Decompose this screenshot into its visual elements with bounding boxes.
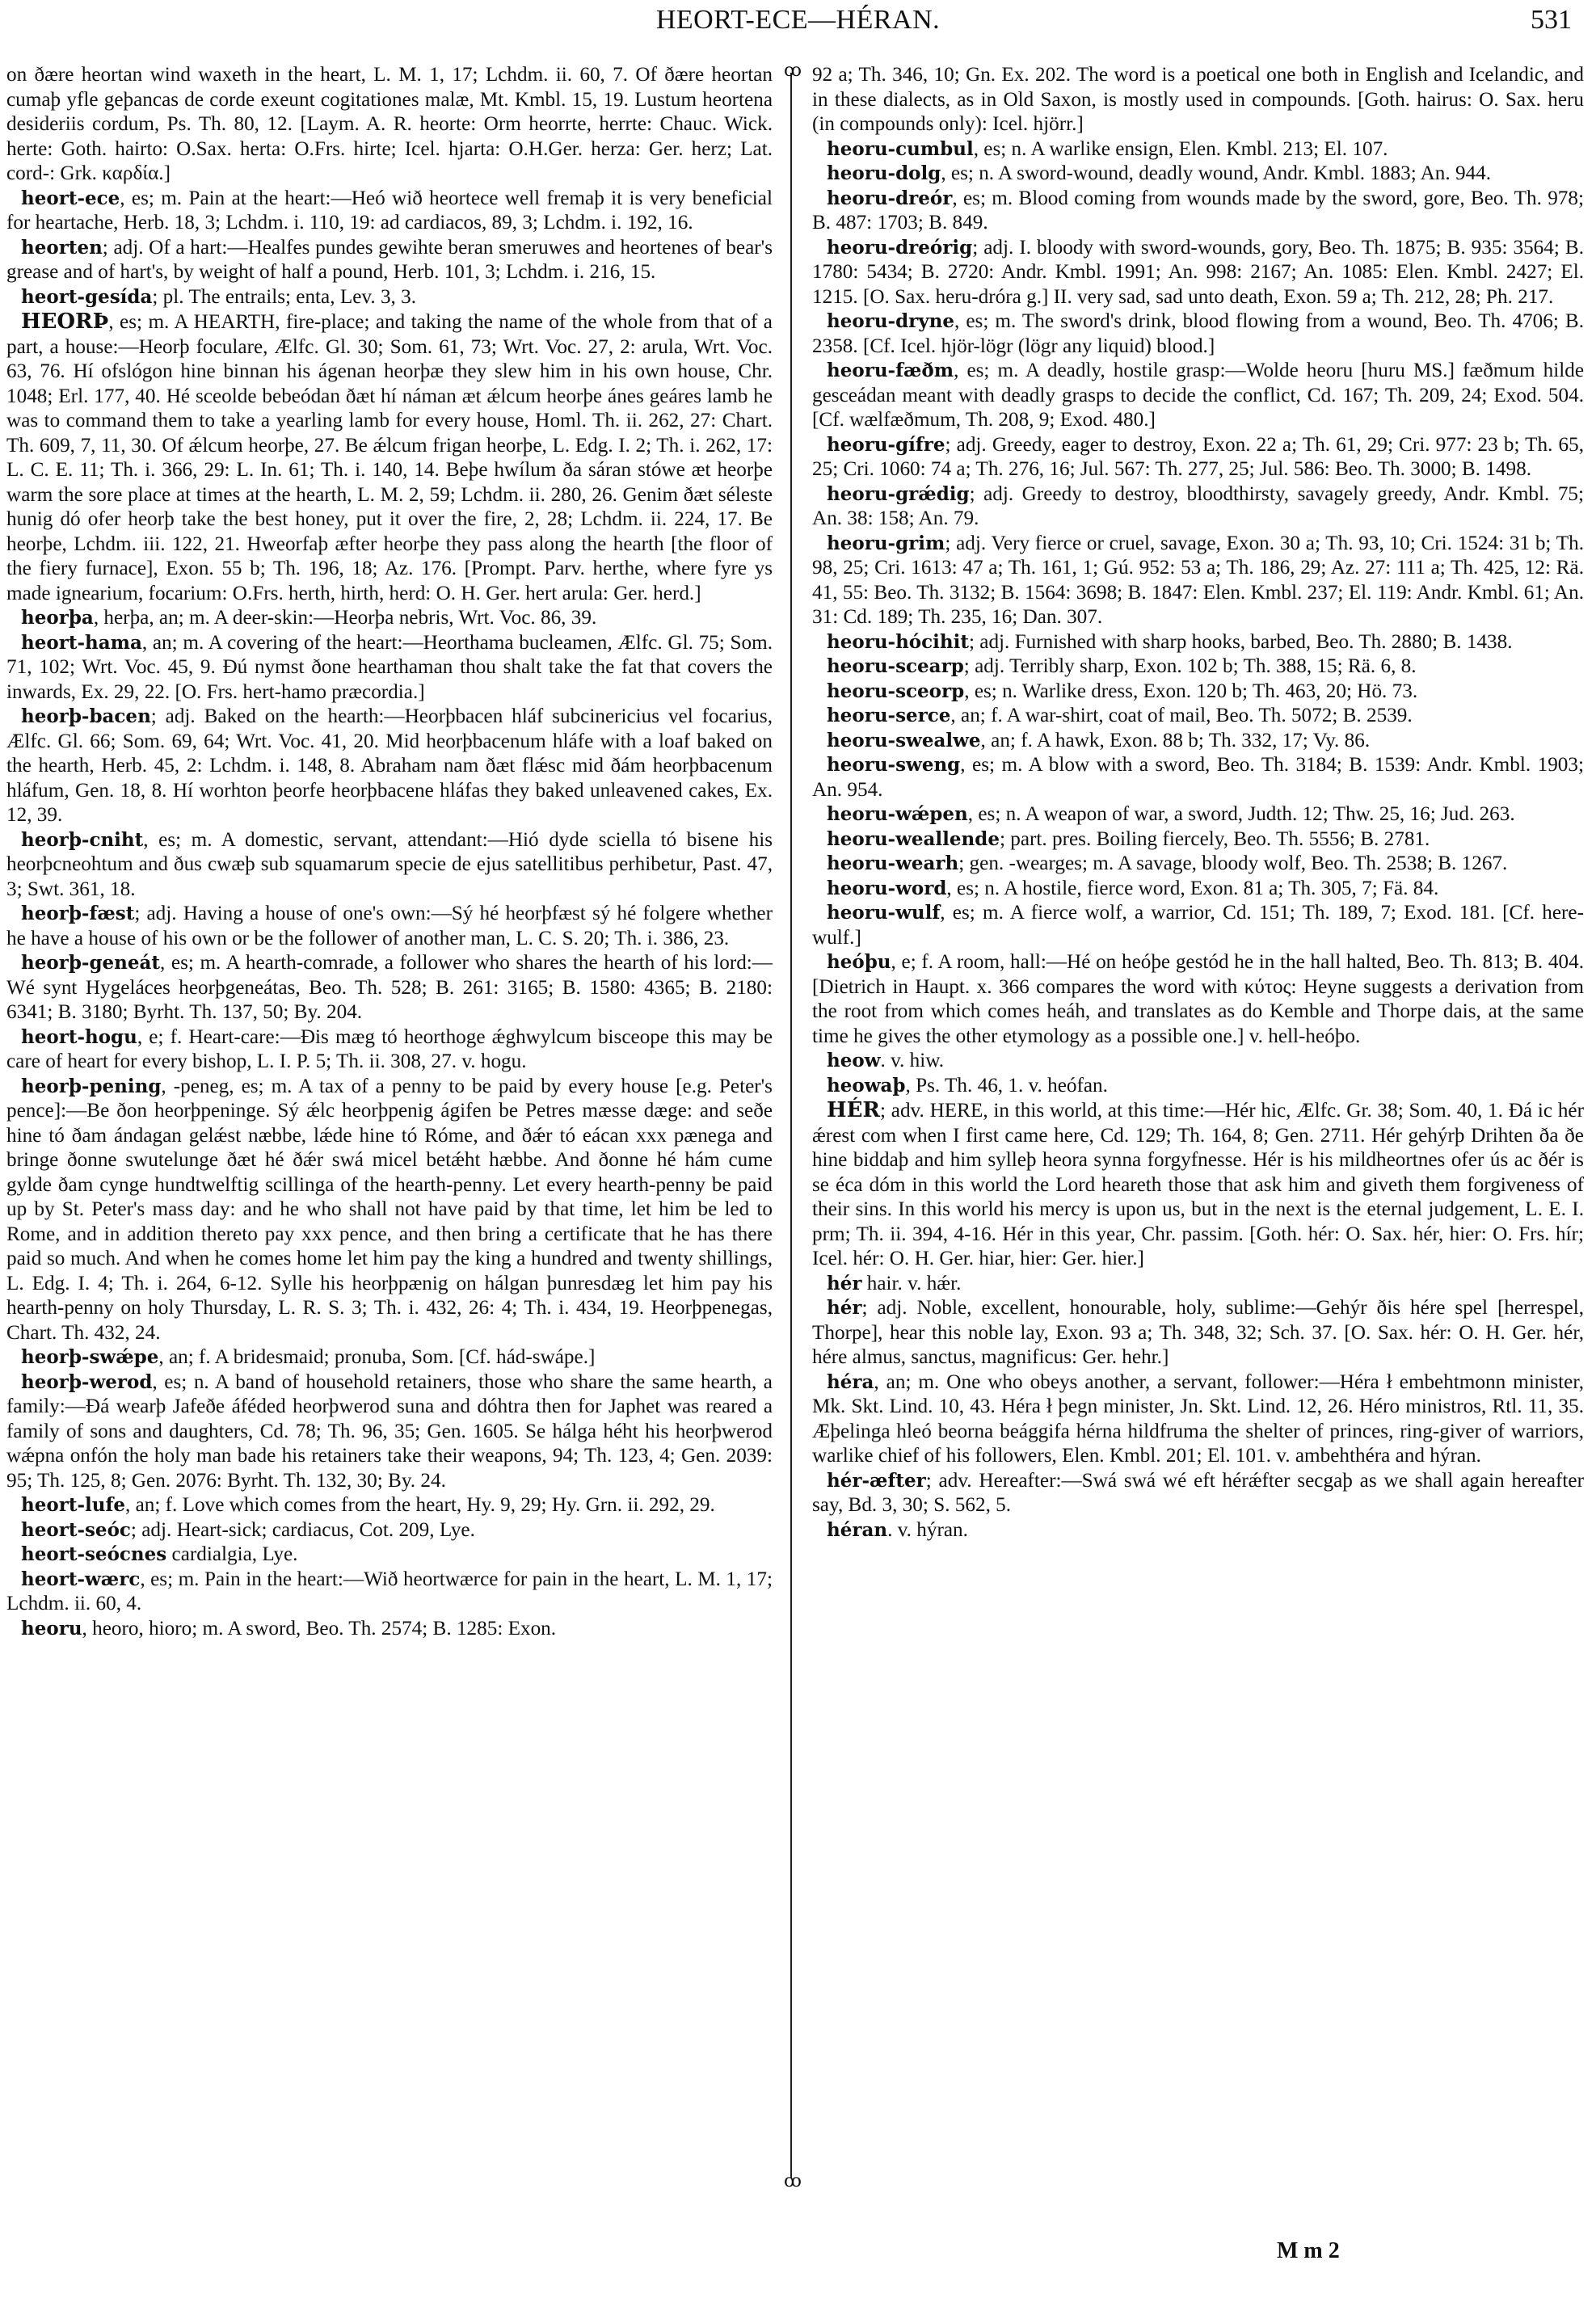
dictionary-entry: HEORÞ, es; m. A HEARTH, fire-place; and …: [6, 309, 773, 606]
dictionary-entry: heorþa, herþa, an; m. A deer-skin:—Heorþ…: [6, 606, 773, 631]
dictionary-entry: heoru, heoro, hioro; m. A sword, Beo. Th…: [6, 1617, 773, 1642]
entry-headword: heoru: [21, 1618, 82, 1640]
entry-headword: heoru-fæðm: [827, 360, 954, 381]
right-column: 92 a; Th. 346, 10; Gn. Ex. 202. The word…: [812, 63, 1584, 1543]
entry-body: , an; f. A hawk, Exon. 88 b; Th. 332, 17…: [981, 730, 1371, 751]
entry-body: , an; f. Love which comes from the heart…: [125, 1494, 715, 1516]
entry-headword: heorþ-werod: [21, 1371, 152, 1393]
entry-headword: heoru-sceorp: [827, 680, 964, 702]
entry-headword: heoru-scearp: [827, 655, 964, 677]
page-header: HEORT-ECE—HÉRAN. 531: [0, 0, 1596, 48]
dictionary-entry: héra, an; m. One who obeys another, a se…: [812, 1370, 1584, 1469]
entry-headword: heoru-weallende: [827, 828, 1000, 850]
dictionary-entry: hér; adj. Noble, excellent, honourable, …: [812, 1296, 1584, 1370]
dictionary-entry: heoru-cumbul, es; n. A warlike ensign, E…: [812, 137, 1584, 162]
entry-headword: heoru-serce: [827, 705, 950, 726]
dictionary-entry: heort-ece, es; m. Pain at the heart:—Heó…: [6, 187, 773, 236]
entry-headword: heorþ-pening: [21, 1076, 161, 1097]
dictionary-entry: hér-æfter; adv. Hereafter:—Swá swá wé ef…: [812, 1469, 1584, 1518]
entry-body: , an; m. One who obeys another, a servan…: [812, 1371, 1584, 1467]
entry-headword: heoru-gífre: [827, 434, 945, 456]
dictionary-entry: heort-hogu, e; f. Heart-care:—Ðis mæg tó…: [6, 1025, 773, 1075]
dictionary-entry: heorþ-bacen; adj. Baked on the hearth:—H…: [6, 705, 773, 828]
entry-headword: hér-æfter: [827, 1470, 926, 1492]
entry-body: , an; f. A bridesmaid; pronuba, Som. [Cf…: [158, 1346, 595, 1368]
dictionary-entry: heoru-swealwe, an; f. A hawk, Exon. 88 b…: [812, 729, 1584, 754]
entry-headword: heoru-grim: [827, 532, 945, 554]
entry-headword: heort-hama: [21, 632, 142, 654]
dictionary-entry: heoru-wearh; gen. -wearges; m. A savage,…: [812, 852, 1584, 877]
dictionary-entry: heowaþ, Ps. Th. 46, 1. v. heófan.: [812, 1074, 1584, 1099]
dictionary-entry: heoru-gífre; adj. Greedy, eager to destr…: [812, 433, 1584, 482]
dictionary-entry: heoru-wulf, es; m. A fierce wolf, a warr…: [812, 901, 1584, 950]
dictionary-entry: heoru-dryne, es; m. The sword's drink, b…: [812, 309, 1584, 359]
dictionary-entry: heort-hama, an; m. A covering of the hea…: [6, 631, 773, 705]
entry-headword: heorþ-geneát: [21, 952, 160, 974]
dictionary-entry: heorþ-fæst; adj. Having a house of one's…: [6, 902, 773, 951]
entry-headword: héran: [827, 1519, 887, 1541]
dictionary-entry: heoru-fæðm, es; m. A deadly, hostile gra…: [812, 359, 1584, 433]
dictionary-entry: heoru-weallende; part. pres. Boiling fie…: [812, 827, 1584, 852]
entry-headword: heoru-dolg: [827, 162, 941, 184]
entry-body: , es; n. A weapon of war, a sword, Judth…: [968, 803, 1515, 825]
page-number: 531: [1531, 5, 1572, 36]
dictionary-entry: heort-wærc, es; m. Pain in the heart:—Wi…: [6, 1568, 773, 1617]
entry-headword: heort-seóc: [21, 1519, 131, 1541]
entry-headword: heoru-hócihit: [827, 631, 969, 653]
dictionary-entry: heow. v. hiw.: [812, 1049, 1584, 1074]
entry-headword: heowaþ: [827, 1075, 905, 1097]
entry-headword: heóþu: [827, 951, 891, 973]
entry-body: , herþa, an; m. A deer-skin:—Heorþa nebr…: [94, 607, 596, 629]
dictionary-entry: heoru-sceorp, es; n. Warlike dress, Exon…: [812, 680, 1584, 705]
entry-body: , es; m. A HEARTH, fire-place; and takin…: [6, 311, 773, 604]
entry-body: ; adv. Hereafter:—Swá swá wé eft hérǽfte…: [812, 1470, 1584, 1517]
dictionary-entry: on ðære heortan wind waxeth in the heart…: [6, 63, 773, 187]
entry-headword: heoru-grǽdig: [827, 483, 970, 505]
entry-body: 92 a; Th. 346, 10; Gn. Ex. 202. The word…: [812, 64, 1584, 135]
dictionary-entry: heoru-word, es; n. A hostile, fierce wor…: [812, 877, 1584, 902]
entry-headword: heort-wærc: [21, 1568, 140, 1590]
entry-headword: heoru-swealwe: [827, 730, 981, 751]
entry-headword: heoru-wǽpen: [827, 803, 968, 825]
dictionary-entry: heorþ-werod, es; n. A band of household …: [6, 1370, 773, 1494]
entry-body: ; gen. -wearges; m. A savage, bloody wol…: [958, 852, 1507, 874]
entry-headword: heorþ-fæst: [21, 903, 134, 924]
entry-body: ; adj. Terribly sharp, Exon. 102 b; Th. …: [964, 655, 1417, 677]
entry-body: , e; f. A room, hall:—Hé on heóþe gestód…: [812, 951, 1584, 1047]
entry-body: , Ps. Th. 46, 1. v. heófan.: [905, 1075, 1107, 1097]
dictionary-entry: heoru-dreórig; adj. I. bloody with sword…: [812, 236, 1584, 310]
rule-knot-icon: ꝏ: [784, 2174, 798, 2188]
entry-body: ; adj. Furnished with sharp hooks, barbe…: [969, 631, 1513, 653]
entry-headword: heorþa: [21, 607, 94, 629]
entry-headword: hér: [827, 1297, 861, 1319]
dictionary-entry: heoru-dolg, es; n. A sword-wound, deadly…: [812, 162, 1584, 187]
dictionary-entry: heoru-grǽdig; adj. Greedy to destroy, bl…: [812, 482, 1584, 532]
entry-body: ; adj. Heart-sick; cardiacus, Cot. 209, …: [131, 1519, 475, 1541]
entry-headword: heorþ-bacen: [21, 705, 151, 727]
entry-body: ; part. pres. Boiling fiercely, Beo. Th.…: [1000, 828, 1430, 850]
dictionary-entry: heorþ-pening, -peneg, es; m. A tax of a …: [6, 1075, 773, 1346]
entry-headword: heorþ-swǽpe: [21, 1346, 158, 1368]
dictionary-entry: heorten; adj. Of a hart:—Healfes pundes …: [6, 236, 773, 285]
entry-headword: héra: [827, 1371, 874, 1393]
entry-headword: heort-ece: [21, 187, 120, 209]
entry-headword: heort-hogu: [21, 1026, 137, 1048]
entry-headword: heort-gesída: [21, 286, 152, 308]
entry-body: , heoro, hioro; m. A sword, Beo. Th. 257…: [82, 1618, 557, 1640]
entry-headword: heoru-word: [827, 878, 946, 899]
entry-headword: heoru-wearh: [827, 852, 958, 874]
entry-headword: heort-lufe: [21, 1494, 125, 1516]
entry-body: hair. v. hǽr.: [861, 1273, 961, 1294]
entry-headword: heoru-sweng: [827, 754, 960, 776]
entry-headword: heoru-wulf: [827, 902, 940, 924]
entry-headword: heoru-cumbul: [827, 138, 974, 160]
entry-headword: HEORÞ: [21, 309, 108, 334]
running-head: HEORT-ECE—HÉRAN.: [0, 5, 1596, 36]
entry-headword: heoru-dreórig: [827, 237, 972, 259]
entry-headword: heoru-dreór: [827, 187, 952, 209]
entry-body: , an; f. A war-shirt, coat of mail, Beo.…: [950, 705, 1412, 726]
column-divider-rule: [790, 73, 792, 2178]
dictionary-entry: 92 a; Th. 346, 10; Gn. Ex. 202. The word…: [812, 63, 1584, 137]
printer-signature: M m 2: [1277, 2238, 1340, 2264]
dictionary-entry: heorþ-geneát, es; m. A hearth-comrade, a…: [6, 951, 773, 1025]
dictionary-entry: héran. v. hýran.: [812, 1518, 1584, 1543]
entry-headword: heorten: [21, 237, 103, 259]
dictionary-entry: HÉR; adv. HERE, in this world, at this t…: [812, 1098, 1584, 1272]
dictionary-entry: heoru-dreór, es; m. Blood coming from wo…: [812, 187, 1584, 236]
entry-body: . v. hiw.: [881, 1050, 945, 1071]
entry-headword: heow: [827, 1050, 881, 1071]
dictionary-entry: heoru-scearp; adj. Terribly sharp, Exon.…: [812, 655, 1584, 680]
dictionary-entry: heort-seóc; adj. Heart-sick; cardiacus, …: [6, 1518, 773, 1543]
dictionary-entry: hér hair. v. hǽr.: [812, 1272, 1584, 1297]
dictionary-entry: heoru-grim; adj. Very fierce or cruel, s…: [812, 532, 1584, 630]
dictionary-entry: heorþ-swǽpe, an; f. A bridesmaid; pronub…: [6, 1345, 773, 1370]
entry-headword: hér: [827, 1273, 861, 1294]
dictionary-entry: heoru-hócihit; adj. Furnished with sharp…: [812, 630, 1584, 655]
entry-body: on ðære heortan wind waxeth in the heart…: [6, 64, 773, 184]
dictionary-entry: heoru-serce, an; f. A war-shirt, coat of…: [812, 704, 1584, 729]
dictionary-entry: heóþu, e; f. A room, hall:—Hé on heóþe g…: [812, 950, 1584, 1049]
entry-body: cardialgia, Lye.: [166, 1543, 297, 1565]
rule-knot-icon: ꝏ: [784, 63, 798, 78]
dictionary-entry: heorþ-cniht, es; m. A domestic, servant,…: [6, 828, 773, 903]
entry-body: ; adj. Of a hart:—Healfes pundes gewihte…: [6, 237, 773, 284]
entry-body: ; adv. HERE, in this world, at this time…: [812, 1100, 1584, 1269]
entry-body: ; pl. The entrails; enta, Lev. 3, 3.: [152, 286, 416, 308]
entry-body: , es; n. A warlike ensign, Elen. Kmbl. 2…: [974, 138, 1388, 160]
entry-body: , -peneg, es; m. A tax of a penny to be …: [6, 1076, 773, 1344]
dictionary-entry: heort-seócnes cardialgia, Lye.: [6, 1543, 773, 1568]
dictionary-entry: heoru-sweng, es; m. A blow with a sword,…: [812, 753, 1584, 802]
entry-body: . v. hýran.: [887, 1519, 968, 1541]
entry-headword: HÉR: [827, 1098, 880, 1122]
entry-body: , es; n. A hostile, fierce word, Exon. 8…: [946, 878, 1438, 899]
dictionary-entry: heoru-wǽpen, es; n. A weapon of war, a s…: [812, 802, 1584, 827]
dictionary-entry: heort-lufe, an; f. Love which comes from…: [6, 1493, 773, 1518]
entry-headword: heort-seócnes: [21, 1543, 166, 1565]
entry-headword: heorþ-cniht: [21, 829, 143, 851]
left-column: on ðære heortan wind waxeth in the heart…: [6, 63, 773, 1641]
entry-body: , es; n. A sword-wound, deadly wound, An…: [941, 162, 1491, 184]
dictionary-entry: heort-gesída; pl. The entrails; enta, Le…: [6, 285, 773, 310]
entry-body: , es; m. Pain at the heart:—Heó wið heor…: [6, 187, 773, 234]
entry-headword: heoru-dryne: [827, 310, 954, 332]
entry-body: ; adj. Noble, excellent, honourable, hol…: [812, 1297, 1584, 1368]
entry-body: , es; n. Warlike dress, Exon. 120 b; Th.…: [964, 680, 1417, 702]
